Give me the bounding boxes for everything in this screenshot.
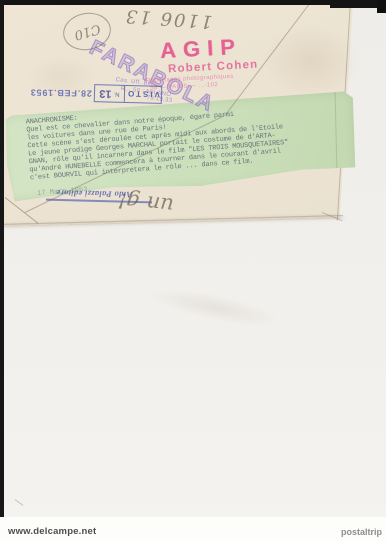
visto-number-cell: N. 13 bbox=[95, 85, 124, 102]
date-stamp: 28.FEB.1953 bbox=[30, 87, 92, 98]
label-fold-line bbox=[335, 91, 338, 177]
scan-border-left bbox=[0, 0, 4, 517]
scan-border-top bbox=[0, 0, 386, 5]
scanned-photo-back: ANACHRONISME: Quel est ce chevalier dans… bbox=[0, 0, 386, 540]
visto-number-label: N. bbox=[114, 91, 120, 97]
watermark-postaltrip: postaltrip bbox=[341, 527, 382, 537]
visto-number: 13 bbox=[99, 87, 112, 99]
background-smudge bbox=[149, 282, 284, 335]
visto-word: VISTO bbox=[124, 86, 162, 103]
visto-censor-stamp: VISTO N. 13 bbox=[94, 84, 162, 104]
scan-border-corner bbox=[377, 0, 386, 13]
pencil-circled-text: C10 bbox=[72, 21, 102, 43]
pencil-tick-mark bbox=[15, 499, 24, 506]
watermark-delcampe: www.delcampe.net bbox=[8, 526, 96, 537]
